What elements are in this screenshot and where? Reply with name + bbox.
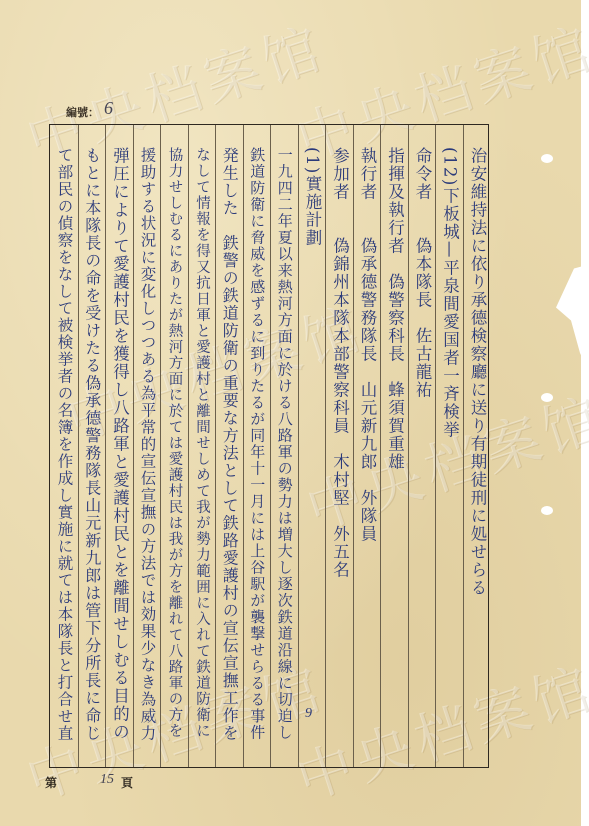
document-page: 中央档案馆 中央档案馆 中央档案馆 中央档案馆 中央档案馆 中央档案馆 編號： … <box>0 0 581 826</box>
column-text: (1)實施計劃 <box>304 147 321 247</box>
serial-number-label: 編號： <box>66 104 99 120</box>
column-text: もとに本隊長の命を受けたる偽承德警務隊長山元新九郎は管下分所長に命じ <box>84 147 100 742</box>
column-text: 援助する状況に変化しつつある為平常的宣伝宣撫の方法では効果少なき為威力 <box>139 147 155 742</box>
column-text: 治安維持法に依り承德検察廳に送り有期徒刑に処せらる <box>469 147 486 597</box>
manuscript-column: 発生した 鉄警の鉄道防衛の重要な方法として鉄路愛護村の宣伝宣撫工作を <box>215 125 243 767</box>
manuscript-column: (1)實施計劃 <box>298 125 326 767</box>
manuscript-column: (12)下板城—平泉間愛国者一斉検挙 <box>435 125 463 767</box>
manuscript-column: なして情報を得又抗日軍と愛護村と離間せしめて我が勢力範囲に入れて鉄道防衛に <box>188 125 216 767</box>
manuscript-column: 援助する状況に変化しつつある為平常的宣伝宣撫の方法では効果少なき為威力 <box>133 125 161 767</box>
punch-hole-top <box>541 154 553 163</box>
column-text: (12)下板城—平泉間愛国者一斉検挙 <box>441 147 458 439</box>
manuscript-column: 治安維持法に依り承德検察廳に送り有期徒刑に処せらる <box>463 125 491 767</box>
manuscript-column: 一九四二年夏以来熱河方面に於ける八路軍の勢力は増大し逐次鉄道沿線に切迫し <box>270 125 298 767</box>
manuscript-column: 執行者 偽承德警務隊長 山元新九郎 外隊員 <box>353 125 381 767</box>
torn-edge <box>538 262 589 392</box>
column-text: なして情報を得又抗日軍と愛護村と離間せしめて我が勢力範囲に入れて鉄道防衛に <box>195 147 210 739</box>
page-unit: 頁 <box>121 774 133 791</box>
column-text: 執行者 偽承德警務隊長 山元新九郎 外隊員 <box>359 147 376 543</box>
manuscript-column: 参加者 偽錦州本隊本部警察科員 木村堅 外五名 <box>325 125 353 767</box>
manuscript-column: もとに本隊長の命を受けたる偽承德警務隊長山元新九郎は管下分所長に命じ <box>78 125 106 767</box>
column-text: 発生した 鉄警の鉄道防衛の重要な方法として鉄路愛護村の宣伝宣撫工作を <box>221 147 237 742</box>
manuscript-column: 鉄道防衛に脅威を感ずるに到りたるが同年十一月には上谷駅が襲撃せらるる事件 <box>243 125 271 767</box>
page-label: 第 <box>45 774 57 791</box>
manuscript-column: て部民の偵察をなして被検挙者の名簿を作成し實施に就ては本隊長と打合せ直 <box>50 125 78 767</box>
column-text: 指揮及執行者 偽警察科長 蜂須賀重雄 <box>386 147 403 471</box>
punch-hole-middle <box>541 393 553 402</box>
pen-mark: 9 <box>305 706 312 722</box>
column-text: 協力せしむるにありたが熱河方面に於ては愛護村民は我が方を離れて八路軍の方を <box>167 147 182 739</box>
manuscript-column: 命令者 偽本隊長 佐古龍祐 <box>408 125 436 767</box>
column-text: 命令者 偽本隊長 佐古龍祐 <box>414 147 431 399</box>
column-text: 参加者 偽錦州本隊本部警察科員 木村堅 外五名 <box>331 147 348 579</box>
manuscript-column: 協力せしむるにありたが熱河方面に於ては愛護村民は我が方を離れて八路軍の方を <box>160 125 188 767</box>
column-text: 一九四二年夏以来熱河方面に於ける八路軍の勢力は増大し逐次鉄道沿線に切迫し <box>277 147 292 741</box>
column-text: 鉄道防衛に脅威を感ずるに到りたるが同年十一月には上谷駅が襲撃せらるる事件 <box>249 147 264 741</box>
manuscript-grid: て部民の偵察をなして被検挙者の名簿を作成し實施に就ては本隊長と打合せ直もとに本隊… <box>49 124 489 768</box>
column-text: て部民の偵察をなして被検挙者の名簿を作成し實施に就ては本隊長と打合せ直 <box>56 147 72 742</box>
manuscript-column: 弾圧によりて愛護村民を獲得し八路軍と愛護村民とを離間せしむる目的の <box>105 125 133 767</box>
page-number: 15 <box>100 772 114 788</box>
serial-number-value: 6 <box>104 98 113 119</box>
manuscript-column: 指揮及執行者 偽警察科長 蜂須賀重雄 <box>380 125 408 767</box>
punch-hole-bottom <box>541 506 553 515</box>
column-text: 弾圧によりて愛護村民を獲得し八路軍と愛護村民とを離間せしむる目的の <box>111 147 128 741</box>
